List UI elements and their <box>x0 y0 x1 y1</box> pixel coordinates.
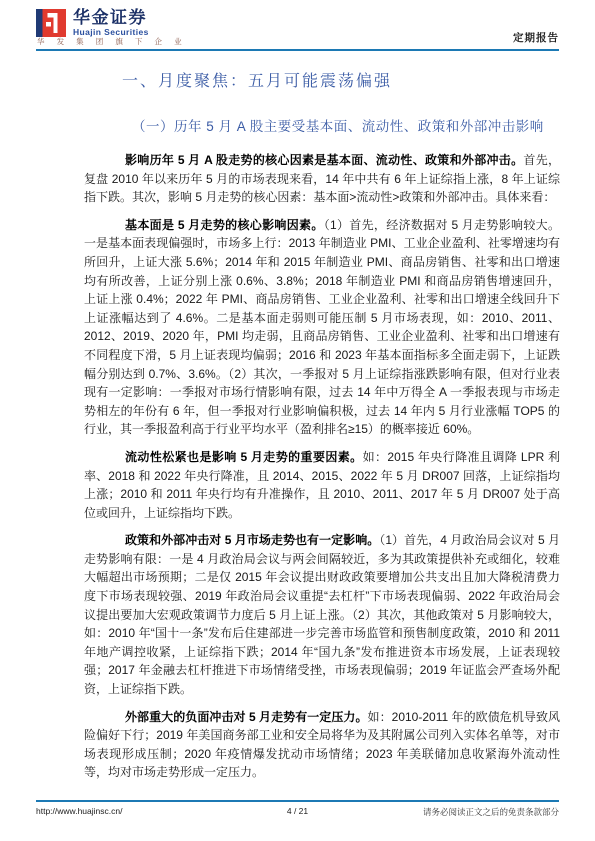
page-header: 华金证券 Huajin Securities 华 发 集 团 旗 下 企 业 定… <box>36 9 559 51</box>
paragraph-2-lead: 基本面是 5 月走势的核心影响因素。 <box>125 218 324 232</box>
paragraph-1: 影响历年 5 月 A 股走势的核心因素是基本面、流动性、政策和外部冲击。首先，复… <box>84 151 560 207</box>
paragraph-5-lead: 外部重大的负面冲击对 5 月走势有一定压力。 <box>125 710 368 724</box>
paragraph-3-lead: 流动性松紧也是影响 5 月走势的重要因素。 <box>125 450 363 464</box>
footer-website-link[interactable]: http://www.huajinsc.cn/ <box>36 806 122 816</box>
paragraph-4-text: （1）首先，4 月政治局会议对 5 月走势影响有限：一是 4 月政治局会议与两会… <box>84 533 560 696</box>
footer-page-number: 4 / 21 <box>287 806 308 816</box>
huajin-logo-icon <box>36 9 66 37</box>
report-type-label: 定期报告 <box>513 30 559 45</box>
paragraph-3: 流动性松紧也是影响 5 月走势的重要因素。如：2015 年央行降准且调降 LPR… <box>84 448 560 522</box>
paragraph-1-lead: 影响历年 5 月 A 股走势的核心因素是基本面、流动性、政策和外部冲击。 <box>125 153 523 167</box>
brand-text: 华金证券 Huajin Securities <box>73 9 149 37</box>
brand-subtitle: 华 发 集 团 旗 下 企 业 <box>37 36 187 47</box>
paragraph-2: 基本面是 5 月走势的核心影响因素。（1）首先，经济数据对 5 月走势影响较大。… <box>84 216 560 439</box>
paragraph-4: 政策和外部冲击对 5 月市场走势也有一定影响。（1）首先，4 月政治局会议对 5… <box>84 531 560 698</box>
report-body: 一、月度聚焦：五月可能震荡偏强 （一）历年 5 月 A 股主要受基本面、流动性、… <box>84 68 560 791</box>
subsection-title: （一）历年 5 月 A 股主要受基本面、流动性、政策和外部冲击影响 <box>132 115 560 135</box>
report-page: 华金证券 Huajin Securities 华 发 集 团 旗 下 企 业 定… <box>0 0 595 841</box>
brand-name-chinese: 华金证券 <box>73 9 149 26</box>
section-title: 一、月度聚焦：五月可能震荡偏强 <box>122 68 560 91</box>
page-footer: http://www.huajinsc.cn/ 4 / 21 请务必阅读正文之后… <box>36 800 559 806</box>
footer-disclaimer: 请务必阅读正文之后的免责条款部分 <box>423 806 559 818</box>
paragraph-4-lead: 政策和外部冲击对 5 月市场走势也有一定影响。 <box>125 533 379 547</box>
paragraph-5: 外部重大的负面冲击对 5 月走势有一定压力。如：2010-2011 年的欧债危机… <box>84 708 560 782</box>
paragraph-2-text: （1）首先，经济数据对 5 月走势影响较大。一是基本面表现偏强时，市场多上行：2… <box>84 218 560 437</box>
